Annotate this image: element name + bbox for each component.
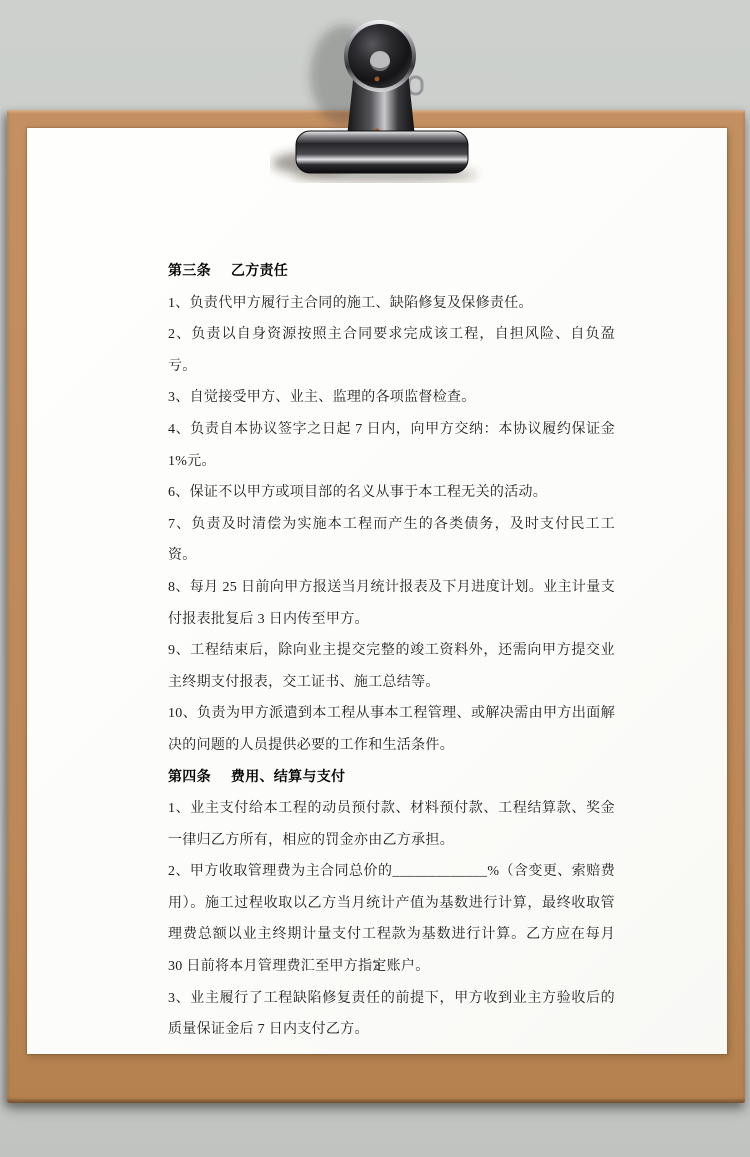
page-number: 3	[27, 958, 727, 974]
clause: 10、负责为甲方派遣到本工程从事本工程管理、或解决需由甲方出面解决的问题的人员提…	[168, 698, 615, 761]
binder-clip	[270, 13, 490, 183]
clause: 9、工程结束后，除向业主提交完整的竣工资料外，还需向甲方提交业主终期支付报表，交…	[168, 635, 615, 698]
section-title: 乙方责任	[231, 264, 288, 279]
section-number: 第四条	[168, 770, 211, 785]
section-number: 第三条	[168, 264, 211, 279]
clause: 3、自觉接受甲方、业主、监理的各项监督检查。	[168, 382, 615, 414]
clause: 7、负责及时清偿为实施本工程而产生的各类债务，及时支付民工工资。	[168, 509, 615, 572]
clipboard: 第三条乙方责任 1、负责代甲方履行主合同的施工、缺陷修复及保修责任。 2、负责以…	[7, 110, 745, 1103]
document-body: 第三条乙方责任 1、负责代甲方履行主合同的施工、缺陷修复及保修责任。 2、负责以…	[168, 256, 615, 1046]
clause: 4、负责自本协议签字之日起 7 日内，向甲方交纳：本协议履约保证金 1%元。	[168, 414, 615, 477]
section-heading: 第四条费用、结算与支付	[168, 762, 615, 794]
clause: 6、保证不以甲方或项目部的名义从事于本工程无关的活动。	[168, 477, 615, 509]
clause: 1、业主支付给本工程的动员预付款、材料预付款、工程结算款、奖金一律归乙方所有，相…	[168, 793, 615, 856]
section-heading: 第三条乙方责任	[168, 256, 615, 288]
clip-bar	[296, 131, 468, 173]
clause: 3、业主履行了工程缺陷修复责任的前提下，甲方收到业主方验收后的质量保证金后 7 …	[168, 983, 615, 1046]
clause: 1、负责代甲方履行主合同的施工、缺陷修复及保修责任。	[168, 288, 615, 320]
clause: 2、负责以自身资源按照主合同要求完成该工程，自担风险、自负盈亏。	[168, 319, 615, 382]
paper: 第三条乙方责任 1、负责代甲方履行主合同的施工、缺陷修复及保修责任。 2、负责以…	[27, 128, 727, 1054]
section-title: 费用、结算与支付	[231, 770, 345, 785]
clip-spring-loop	[409, 77, 422, 94]
clause: 8、每月 25 日前向甲方报送当月统计报表及下月进度计划。业主计量支付报表批复后…	[168, 572, 615, 635]
clip-knob-reflection	[375, 77, 380, 82]
